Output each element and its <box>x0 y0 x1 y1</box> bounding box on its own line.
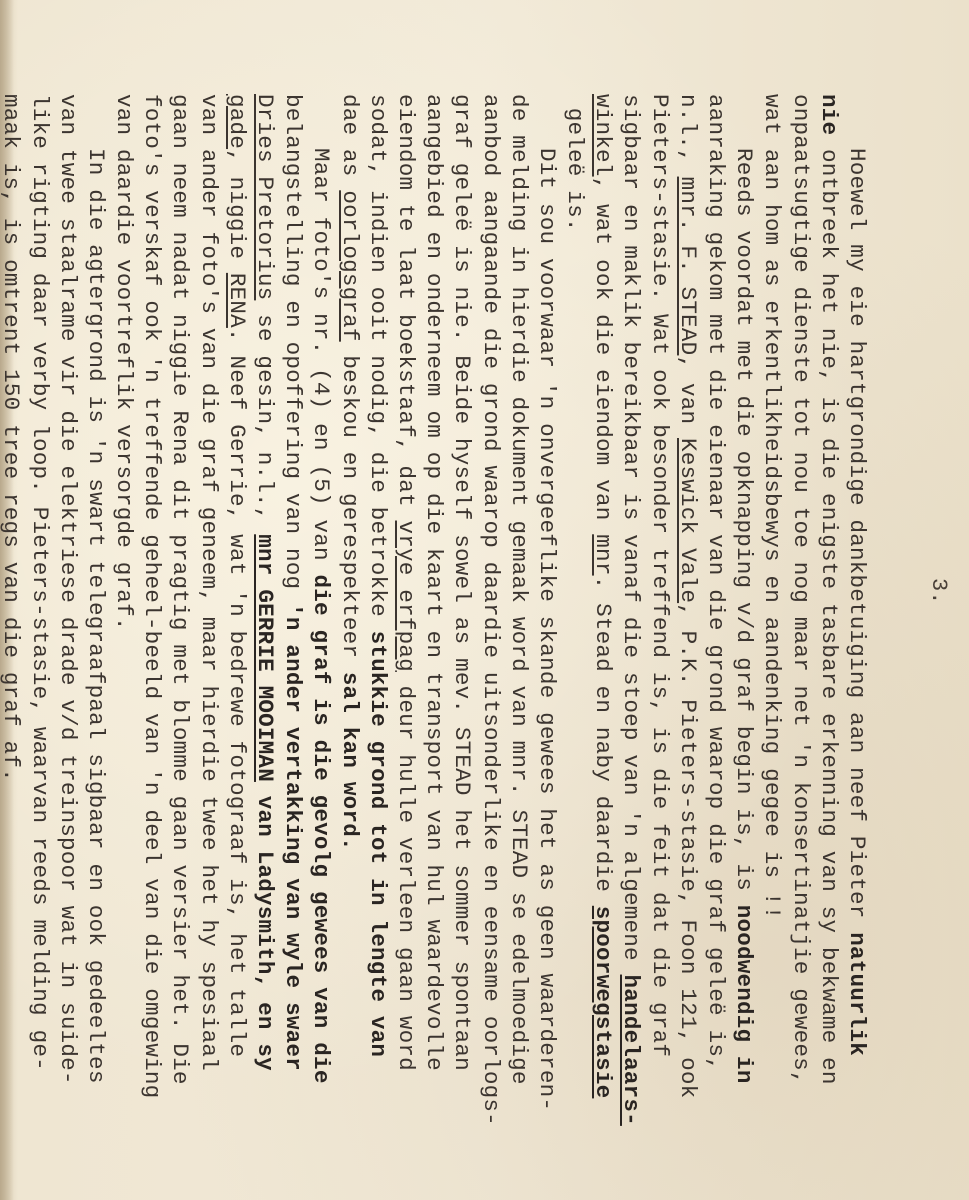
underlined-text: winkel <box>590 94 616 177</box>
text-line: aanbod aangaande die grond waarop daardi… <box>476 94 504 1174</box>
text-line: van twee staalrame vir die elektriese dr… <box>54 94 82 1174</box>
text-segment: In die agtergrond is 'n swart telegraafp… <box>83 148 109 1084</box>
underlined-text: spoorwegstasie <box>590 906 616 1099</box>
text-line: foto's verskaf ook 'n treffende geheel-b… <box>138 94 166 1174</box>
bold-text: stukkie grond tot in lengte van <box>365 631 391 1058</box>
underlined-text: mnr GERRIE MOOIMAN <box>252 534 278 782</box>
text-segment: onpaatsugtige dienste tot nou toe nog ma… <box>788 94 814 1085</box>
text-line: onpaatsugtige dienste tot nou toe nog ma… <box>786 94 814 1174</box>
text-segment: like rigting daar verby loop. Pieters-st… <box>27 94 53 1071</box>
text-segment: Pieters-stasie. Wat ook besonder treffen… <box>647 94 673 1057</box>
text-segment: maak is, is omtrent 150 tree regs van di… <box>0 94 24 782</box>
underlined-text: gade <box>224 94 250 149</box>
text-segment: dae as <box>337 94 363 190</box>
bold-text: van Ladysmith, en sy <box>252 782 278 1071</box>
underlined-text: oorlogsgraf <box>337 190 363 341</box>
text-segment: , wat ook die eiendom van <box>590 177 616 535</box>
text-segment: aangebied en onderneem om op die kaart e… <box>421 94 447 1071</box>
text-line: geleë is. <box>561 94 589 1174</box>
text-line: aanraking gekom met die eienaar van die … <box>702 94 730 1174</box>
text-line: maak is, is omtrent 150 tree regs van di… <box>0 94 25 1174</box>
text-segment: n.l., <box>675 94 701 177</box>
text-segment: de melding in hierdie dokument gemaak wo… <box>506 94 532 1085</box>
text-segment: beskou en gerespekteer <box>337 342 363 672</box>
text-segment: belangstelling en opoffering van nog <box>280 94 306 603</box>
text-line: van daardie voortreflik versorgde graf. <box>110 94 138 1174</box>
text-segment: , P.K. Pieters-stasie, Foon 121, ook <box>675 603 701 1098</box>
text-line: Reeds voordat met die opknapping v/d gra… <box>730 94 758 1174</box>
text-line: nie ontbreek het nie, is die enigste tas… <box>815 94 843 1174</box>
rotated-page-content: 3. Hoewel my eie hartgrondige dankbetuig… <box>0 0 969 1200</box>
text-segment: gaan neem nadat niggie Rena dit pragtig … <box>168 94 194 1085</box>
text-segment: eiendom te laat boekstaaf, dat <box>393 94 419 521</box>
bold-text: noodwendig in <box>731 905 757 1084</box>
text-segment: geleë is. <box>562 94 588 232</box>
text-line: Hoewel my eie hartgrondige dankbetuiging… <box>843 94 871 1174</box>
text-segment: ontbreek het nie, is die enigste tasbare… <box>816 135 842 1084</box>
text-segment: wat aan hom as erkentlikheidsbewys en aa… <box>759 94 785 920</box>
text-line: aangebied en onderneem om op die kaart e… <box>420 94 448 1174</box>
underlined-text: Dries Pretorius <box>252 94 278 300</box>
text-segment: se gesin, n.l., <box>252 300 278 534</box>
text-segment: Maar foto's nr. (4) en (5) van <box>308 148 334 575</box>
text-line: winkel, wat ook die eiendom van mnr. Ste… <box>589 94 617 1174</box>
text-segment: deur hulle verleen gaan word <box>393 672 419 1071</box>
text-segment: sigbaar en maklik bereikbaar is vanaf di… <box>619 94 645 975</box>
bold-text: sal kan word. <box>337 672 363 851</box>
text-line: Dit sou voorwaar 'n onvergeeflike skande… <box>533 94 561 1174</box>
bold-text: die graf is die gevolg gewees van die <box>308 575 334 1084</box>
underlined-text: handelaars- <box>619 975 645 1126</box>
text-line: belangstelling en opoffering van nog 'n … <box>279 94 307 1174</box>
underlined-text: RENA <box>224 273 250 328</box>
underlined-text: mnr <box>590 534 616 575</box>
text-line: gaan neem nadat niggie Rena dit pragtig … <box>166 94 194 1174</box>
text-segment: aanraking gekom met die eienaar van die … <box>703 94 729 1071</box>
text-segment: Hoewel my eie hartgrondige dankbetuiging… <box>844 148 870 932</box>
text-segment: , niggie <box>224 149 250 273</box>
bold-text: natuurlik <box>844 932 870 1056</box>
text-line: de melding in hierdie dokument gemaak wo… <box>505 94 533 1174</box>
text-line: dae as oorlogsgraf beskou en gerespektee… <box>335 94 363 1174</box>
text-segment: graf geleë is nie. Beide hyself sowel as… <box>449 94 475 1071</box>
text-line: Dries Pretorius se gesin, n.l., mnr GERR… <box>251 94 279 1174</box>
text-segment: van twee staalrame vir die elektriese dr… <box>55 94 81 1085</box>
underlined-text: Keswick Vale <box>675 438 701 603</box>
text-segment: van daardie voortreflik versorgde graf. <box>111 94 137 631</box>
underlined-text: vrye erfpag <box>393 521 419 672</box>
text-line: wat aan hom as erkentlikheidsbewys en aa… <box>758 94 786 1174</box>
text-segment: , van <box>675 355 701 438</box>
text-segment: foto's verskaf ook 'n treffende geheel-b… <box>139 94 165 1098</box>
text-line: gade, niggie RENA. Neef Gerrie, wat 'n b… <box>223 94 251 1174</box>
text-segment: Dit sou voorwaar 'n onvergeeflike skande… <box>534 148 560 1111</box>
text-segment: van ander foto's van die graf geneem, ma… <box>196 94 222 1071</box>
text-segment: aanbod aangaande die grond waarop daardi… <box>478 94 504 1126</box>
text-segment: . Stead en naby daardie <box>590 576 616 906</box>
text-line: In die agtergrond is 'n swart telegraafp… <box>82 94 110 1174</box>
text-line: sigbaar en maklik bereikbaar is vanaf di… <box>617 94 645 1174</box>
text-line: sodat, indien ooit nodig, die betrokke s… <box>364 94 392 1174</box>
bold-text: nie <box>816 94 842 135</box>
text-line: graf geleë is nie. Beide hyself sowel as… <box>448 94 476 1174</box>
text-line: like rigting daar verby loop. Pieters-st… <box>25 94 53 1174</box>
underlined-text: mnr. F. STEAD <box>675 177 701 356</box>
text-line: n.l., mnr. F. STEAD, van Keswick Vale, P… <box>674 94 702 1174</box>
text-line: van ander foto's van die graf geneem, ma… <box>195 94 223 1174</box>
typewritten-page: 3. Hoewel my eie hartgrondige dankbetuig… <box>0 0 969 1200</box>
document-body: Hoewel my eie hartgrondige dankbetuiging… <box>0 94 871 1174</box>
text-segment: Reeds voordat met die opknapping v/d gra… <box>731 148 757 905</box>
text-line: Maar foto's nr. (4) en (5) van die graf … <box>307 94 335 1174</box>
text-segment: sodat, indien ooit nodig, die betrokke <box>365 94 391 631</box>
page-number: 3. <box>926 578 951 604</box>
bold-text: 'n ander vertakking van wyle swaer <box>280 603 306 1071</box>
text-segment: . Neef Gerrie, wat 'n bedrewe fotograaf … <box>224 328 250 1057</box>
text-line: eiendom te laat boekstaaf, dat vrye erfp… <box>392 94 420 1174</box>
text-line: Pieters-stasie. Wat ook besonder treffen… <box>646 94 674 1174</box>
